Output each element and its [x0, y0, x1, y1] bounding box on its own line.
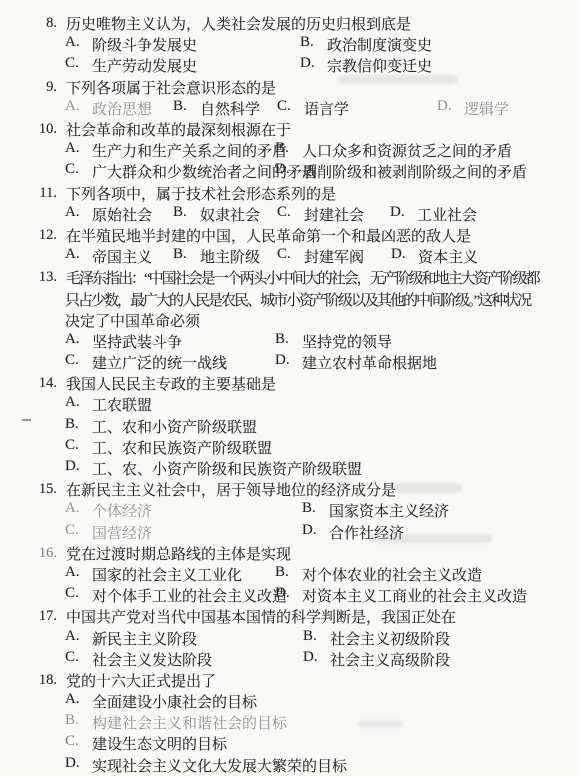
scanned-exam-page: 8. 历史唯物主义认为，人类社会发展的历史归根到底是 A.阶级斗争发展史 B.政… [0, 0, 580, 776]
question-stem-text: 我国人民民主专政的主要基础是 [66, 373, 276, 394]
option-label: B. [173, 98, 200, 119]
option-label: B. [173, 246, 200, 267]
option-15-A: A.个体经济 [65, 500, 302, 521]
option-label: B. [275, 140, 302, 161]
question-number: 11. [0, 185, 57, 202]
question-17: 17. 中国共产党对当代中国基本国情的科学判断是，我国正处在 A.新民主主义阶段… [0, 606, 580, 670]
question-number: 17. [0, 608, 57, 625]
question-stem: 9. 下列各项属于社会意识形态的是 [0, 77, 580, 98]
option-14-C: C.工、农和民族资产阶级联盟 [65, 437, 272, 458]
option-9-D: D.逻辑学 [437, 98, 509, 119]
question-8: 8. 历史唯物主义认为，人类社会发展的历史归根到底是 A.阶级斗争发展史 B.政… [0, 13, 580, 77]
question-stem-text: 毛泽东指出：“中国社会是一个两头小中间大的社会，无产阶级和地主大资产阶级都 [66, 267, 539, 288]
option-text: 剥削阶级和被剥削阶级之间的矛盾 [302, 161, 527, 182]
option-10-D: D.剥削阶级和被剥削阶级之间的矛盾 [275, 161, 527, 182]
option-label: C. [65, 585, 92, 606]
option-11-A: A.原始社会 [65, 204, 173, 225]
question-16: 16. 党在过渡时期总路线的主体是实现 A.国家的社会主义工业化 B.对个体农业… [0, 543, 580, 607]
option-16-B: B.对个体农业的社会主义改造 [275, 564, 482, 585]
option-text: 构建社会主义和谐社会的目标 [92, 712, 287, 733]
option-label: C. [65, 522, 92, 543]
option-16-A: A.国家的社会主义工业化 [65, 564, 275, 585]
question-11: 11. 下列各项中，属于技术社会形态系列的是 A.原始社会 B.奴隶社会 C.封… [0, 183, 580, 225]
option-9-A: A.政治思想 [65, 98, 173, 119]
question-9: 9. 下列各项属于社会意识形态的是 A.政治思想 B.自然科学 C.语言学 D.… [0, 77, 580, 119]
option-label: C. [65, 352, 92, 373]
option-15-C: C.国营经济 [65, 522, 302, 543]
question-stem-text: 下列各项中，属于技术社会形态系列的是 [66, 183, 336, 204]
option-12-C: C.封建军阀 [277, 246, 391, 267]
question-14: 14. 我国人民民主专政的主要基础是 A.工农联盟 B.工、农和小资产阶级联盟 … [0, 373, 580, 479]
option-text: 工、农和小资产阶级联盟 [92, 416, 257, 437]
question-stem: 14. 我国人民民主专政的主要基础是 [0, 373, 580, 394]
option-13-A: A.坚持武装斗争 [65, 331, 275, 352]
option-row: A.生产力和生产关系之间的矛盾 B.人口众多和资源贫乏之间的矛盾 [0, 140, 580, 161]
option-text: 政治制度演变史 [327, 34, 432, 55]
option-text: 坚持党的领导 [302, 331, 392, 352]
option-text: 国家资本主义经济 [329, 500, 449, 521]
question-stem-text: 下列各项属于社会意识形态的是 [66, 77, 276, 98]
option-text: 宗教信仰变迁史 [327, 55, 432, 76]
option-text: 原始社会 [92, 204, 152, 225]
option-row: A.原始社会 B.奴隶社会 C.封建社会 D.工业社会 [0, 204, 580, 225]
option-label: D. [390, 204, 417, 225]
option-text: 阶级斗争发展史 [92, 34, 197, 55]
question-stem-text: 历史唯物主义认为，人类社会发展的历史归根到底是 [66, 13, 411, 34]
option-label: B. [300, 34, 327, 55]
option-text: 生产力和生产关系之间的矛盾 [92, 140, 287, 161]
option-text: 全面建设小康社会的目标 [92, 691, 257, 712]
option-label: C. [65, 437, 92, 458]
option-row: C.广大群众和少数统治者之间的矛盾 D.剥削阶级和被剥削阶级之间的矛盾 [0, 161, 580, 182]
question-stem-text: 中国共产党对当代中国基本国情的科学判断是，我国正处在 [66, 606, 456, 627]
option-row: D.实现社会主义文化大发展大繁荣的目标 [0, 755, 580, 776]
option-label: C. [277, 246, 304, 267]
question-stem: 15. 在新民主主义社会中，居于领导地位的经济成分是 [0, 479, 580, 500]
option-8-B: B.政治制度演变史 [300, 34, 432, 55]
option-18-A: A.全面建设小康社会的目标 [65, 691, 257, 712]
option-label: A. [65, 564, 92, 585]
option-label: B. [65, 416, 92, 437]
option-row: A.新民主主义阶段 B.社会主义初级阶段 [0, 627, 580, 648]
question-stem: 10. 社会革命和改革的最深刻根源在于 [0, 119, 580, 140]
option-label: D. [391, 246, 418, 267]
question-number: 13. [0, 269, 57, 286]
scan-smudge [367, 534, 492, 543]
option-13-B: B.坚持党的领导 [275, 331, 392, 352]
option-row: D.工、农、小资产阶级和民族资产阶级联盟 [0, 458, 580, 479]
option-11-B: B.奴隶社会 [173, 204, 277, 225]
question-number: 18. [0, 672, 57, 689]
option-label: C. [65, 649, 92, 670]
option-label: A. [65, 500, 92, 521]
option-18-B: B.构建社会主义和谐社会的目标 [65, 712, 287, 733]
option-text: 实现社会主义文化大发展大繁荣的目标 [92, 755, 347, 776]
option-label: D. [275, 585, 302, 606]
option-text: 社会主义高级阶段 [330, 649, 450, 670]
option-label: B. [65, 712, 92, 733]
option-text: 生产劳动发展史 [92, 55, 197, 76]
question-stem: 8. 历史唯物主义认为，人类社会发展的历史归根到底是 [0, 13, 580, 34]
question-stem: 17. 中国共产党对当代中国基本国情的科学判断是，我国正处在 [0, 606, 580, 627]
option-label: A. [65, 34, 92, 55]
scan-smudge [358, 721, 403, 727]
option-label: B. [173, 204, 200, 225]
question-stem-text: 党在过渡时期总路线的主体是实现 [66, 543, 291, 564]
option-8-A: A.阶级斗争发展史 [65, 34, 300, 55]
option-row: A.国家的社会主义工业化 B.对个体农业的社会主义改造 [0, 564, 580, 585]
option-row: C.生产劳动发展史 D.宗教信仰变迁史 [0, 55, 580, 76]
option-row: C.建立广泛的统一战线 D.建立农村革命根据地 [0, 352, 580, 373]
option-text: 逻辑学 [464, 98, 509, 119]
option-text: 建立广泛的统一战线 [92, 352, 227, 373]
option-12-D: D.资本主义 [391, 246, 478, 267]
option-label: A. [65, 204, 92, 225]
option-17-D: D.社会主义高级阶段 [303, 649, 450, 670]
option-text: 资本主义 [418, 246, 478, 267]
option-9-B: B.自然科学 [173, 98, 277, 119]
option-label: A. [65, 394, 92, 415]
scan-smudge [338, 75, 458, 84]
option-text: 工、农、小资产阶级和民族资产阶级联盟 [92, 458, 362, 479]
option-row: B.构建社会主义和谐社会的目标 [0, 712, 580, 733]
question-number: 8. [0, 15, 57, 32]
option-text: 新民主主义阶段 [92, 628, 197, 649]
option-label: D. [302, 522, 329, 543]
question-number: 16. [0, 545, 57, 562]
option-label: B. [303, 628, 330, 649]
option-11-C: C.封建社会 [277, 204, 390, 225]
option-text: 国家的社会主义工业化 [92, 564, 242, 585]
option-text: 政治思想 [92, 98, 152, 119]
scan-smudge [392, 483, 462, 493]
option-row: A.个体经济 B.国家资本主义经济 [0, 500, 580, 521]
option-text: 工、农和民族资产阶级联盟 [92, 437, 272, 458]
option-label: B. [275, 564, 302, 585]
option-row: A.工农联盟 [0, 394, 580, 415]
option-10-A: A.生产力和生产关系之间的矛盾 [65, 140, 275, 161]
option-text: 封建军阀 [304, 246, 364, 267]
question-stem: 16. 党在过渡时期总路线的主体是实现 [0, 543, 580, 564]
option-10-B: B.人口众多和资源贫乏之间的矛盾 [275, 140, 512, 161]
option-10-C: C.广大群众和少数统治者之间的矛盾 [65, 161, 275, 182]
option-13-C: C.建立广泛的统一战线 [65, 352, 275, 373]
option-9-C: C.语言学 [277, 98, 437, 119]
option-row: C.国营经济 D.合作社经济 [0, 522, 580, 543]
option-label: D. [275, 352, 302, 373]
question-stem: 18. 党的十六大正式提出了 [0, 670, 580, 691]
option-15-B: B.国家资本主义经济 [302, 500, 449, 521]
option-label: D. [437, 98, 464, 119]
option-row: A.全面建设小康社会的目标 [0, 691, 580, 712]
option-label: C. [65, 161, 92, 182]
question-18: 18. 党的十六大正式提出了 A.全面建设小康社会的目标 B.构建社会主义和谐社… [0, 670, 580, 776]
option-text: 对资本主义工商业的社会主义改造 [302, 585, 527, 606]
option-row: C.工、农和民族资产阶级联盟 [0, 437, 580, 458]
option-label: D. [65, 458, 92, 479]
option-text: 语言学 [304, 98, 349, 119]
option-label: A. [65, 98, 92, 119]
question-stem-continued: 决定了中国革命必须 [0, 310, 580, 331]
option-label: D. [300, 55, 327, 76]
option-text: 人口众多和资源贫乏之间的矛盾 [302, 140, 512, 161]
option-text: 对个体手工业的社会主义改造 [92, 585, 287, 606]
option-label: A. [65, 628, 92, 649]
option-11-D: D.工业社会 [390, 204, 477, 225]
option-label: A. [65, 331, 92, 352]
option-text: 社会主义初级阶段 [330, 628, 450, 649]
option-text: 工业社会 [417, 204, 477, 225]
option-text: 封建社会 [304, 204, 364, 225]
option-17-A: A.新民主主义阶段 [65, 628, 303, 649]
option-text: 个体经济 [92, 500, 152, 521]
option-text: 建立农村革命根据地 [302, 352, 437, 373]
option-label: A. [65, 246, 92, 267]
option-8-D: D.宗教信仰变迁史 [300, 55, 432, 76]
question-number: 15. [0, 481, 57, 498]
question-stem-continued: 只占少数，最广大的人民是农民、城市小资产阶级以及其他的中间阶级。”这种状况 [0, 288, 580, 309]
question-13: 13. 毛泽东指出：“中国社会是一个两头小中间大的社会，无产阶级和地主大资产阶级… [0, 267, 580, 373]
option-text: 工农联盟 [92, 394, 152, 415]
question-stem-text: 党的十六大正式提出了 [66, 670, 216, 691]
option-label: D. [303, 649, 330, 670]
option-text: 国营经济 [92, 522, 152, 543]
option-text: 社会主义发达阶段 [92, 649, 212, 670]
option-row: A.阶级斗争发展史 B.政治制度演变史 [0, 34, 580, 55]
question-stem: 13. 毛泽东指出：“中国社会是一个两头小中间大的社会，无产阶级和地主大资产阶级… [0, 267, 580, 288]
option-text: 建设生态文明的目标 [92, 733, 227, 754]
scan-mark [22, 419, 31, 421]
question-stem-text: 社会革命和改革的最深刻根源在于 [66, 119, 291, 140]
option-12-B: B.地主阶级 [173, 246, 277, 267]
option-row: A.政治思想 B.自然科学 C.语言学 D.逻辑学 [0, 98, 580, 119]
option-text: 地主阶级 [200, 246, 260, 267]
question-number: 9. [0, 79, 57, 96]
question-stem: 11. 下列各项中，属于技术社会形态系列的是 [0, 183, 580, 204]
option-row: C.对个体手工业的社会主义改造 D.对资本主义工商业的社会主义改造 [0, 585, 580, 606]
option-18-D: D.实现社会主义文化大发展大繁荣的目标 [65, 755, 347, 776]
option-16-D: D.对资本主义工商业的社会主义改造 [275, 585, 527, 606]
option-label: C. [277, 204, 304, 225]
option-row: B.工、农和小资产阶级联盟 [0, 416, 580, 437]
option-label: A. [65, 691, 92, 712]
option-text: 坚持武装斗争 [92, 331, 182, 352]
option-text: 奴隶社会 [200, 204, 260, 225]
option-label: B. [275, 331, 302, 352]
option-text: 帝国主义 [92, 246, 152, 267]
option-16-C: C.对个体手工业的社会主义改造 [65, 585, 275, 606]
option-label: B. [302, 500, 329, 521]
option-row: A.帝国主义 B.地主阶级 C.封建军阀 D.资本主义 [0, 246, 580, 267]
question-number: 10. [0, 121, 57, 138]
option-text: 自然科学 [200, 98, 260, 119]
option-label: D. [275, 161, 302, 182]
option-18-C: C.建设生态文明的目标 [65, 733, 227, 754]
option-13-D: D.建立农村革命根据地 [275, 352, 437, 373]
option-row: A.坚持武装斗争 B.坚持党的领导 [0, 331, 580, 352]
option-14-B: B.工、农和小资产阶级联盟 [65, 416, 257, 437]
option-17-B: B.社会主义初级阶段 [303, 628, 450, 649]
option-14-D: D.工、农、小资产阶级和民族资产阶级联盟 [65, 458, 362, 479]
option-label: C. [277, 98, 304, 119]
option-label: C. [65, 55, 92, 76]
question-stem: 12. 在半殖民地半封建的中国，人民革命第一个和最凶恶的敌人是 [0, 225, 580, 246]
option-14-A: A.工农联盟 [65, 394, 152, 415]
option-text: 对个体农业的社会主义改造 [302, 564, 482, 585]
option-8-C: C.生产劳动发展史 [65, 55, 300, 76]
question-12: 12. 在半殖民地半封建的中国，人民革命第一个和最凶恶的敌人是 A.帝国主义 B… [0, 225, 580, 267]
option-label: A. [65, 140, 92, 161]
question-number: 12. [0, 227, 57, 244]
option-label: D. [65, 755, 92, 776]
question-stem-text: 在新民主主义社会中，居于领导地位的经济成分是 [66, 479, 396, 500]
option-17-C: C.社会主义发达阶段 [65, 649, 303, 670]
option-row: C.建设生态文明的目标 [0, 733, 580, 754]
option-row: C.社会主义发达阶段 D.社会主义高级阶段 [0, 649, 580, 670]
question-15: 15. 在新民主主义社会中，居于领导地位的经济成分是 A.个体经济 B.国家资本… [0, 479, 580, 543]
question-number: 14. [0, 375, 57, 392]
question-stem-text: 在半殖民地半封建的中国，人民革命第一个和最凶恶的敌人是 [66, 225, 471, 246]
option-label: C. [65, 733, 92, 754]
question-10: 10. 社会革命和改革的最深刻根源在于 A.生产力和生产关系之间的矛盾 B.人口… [0, 119, 580, 183]
option-12-A: A.帝国主义 [65, 246, 173, 267]
